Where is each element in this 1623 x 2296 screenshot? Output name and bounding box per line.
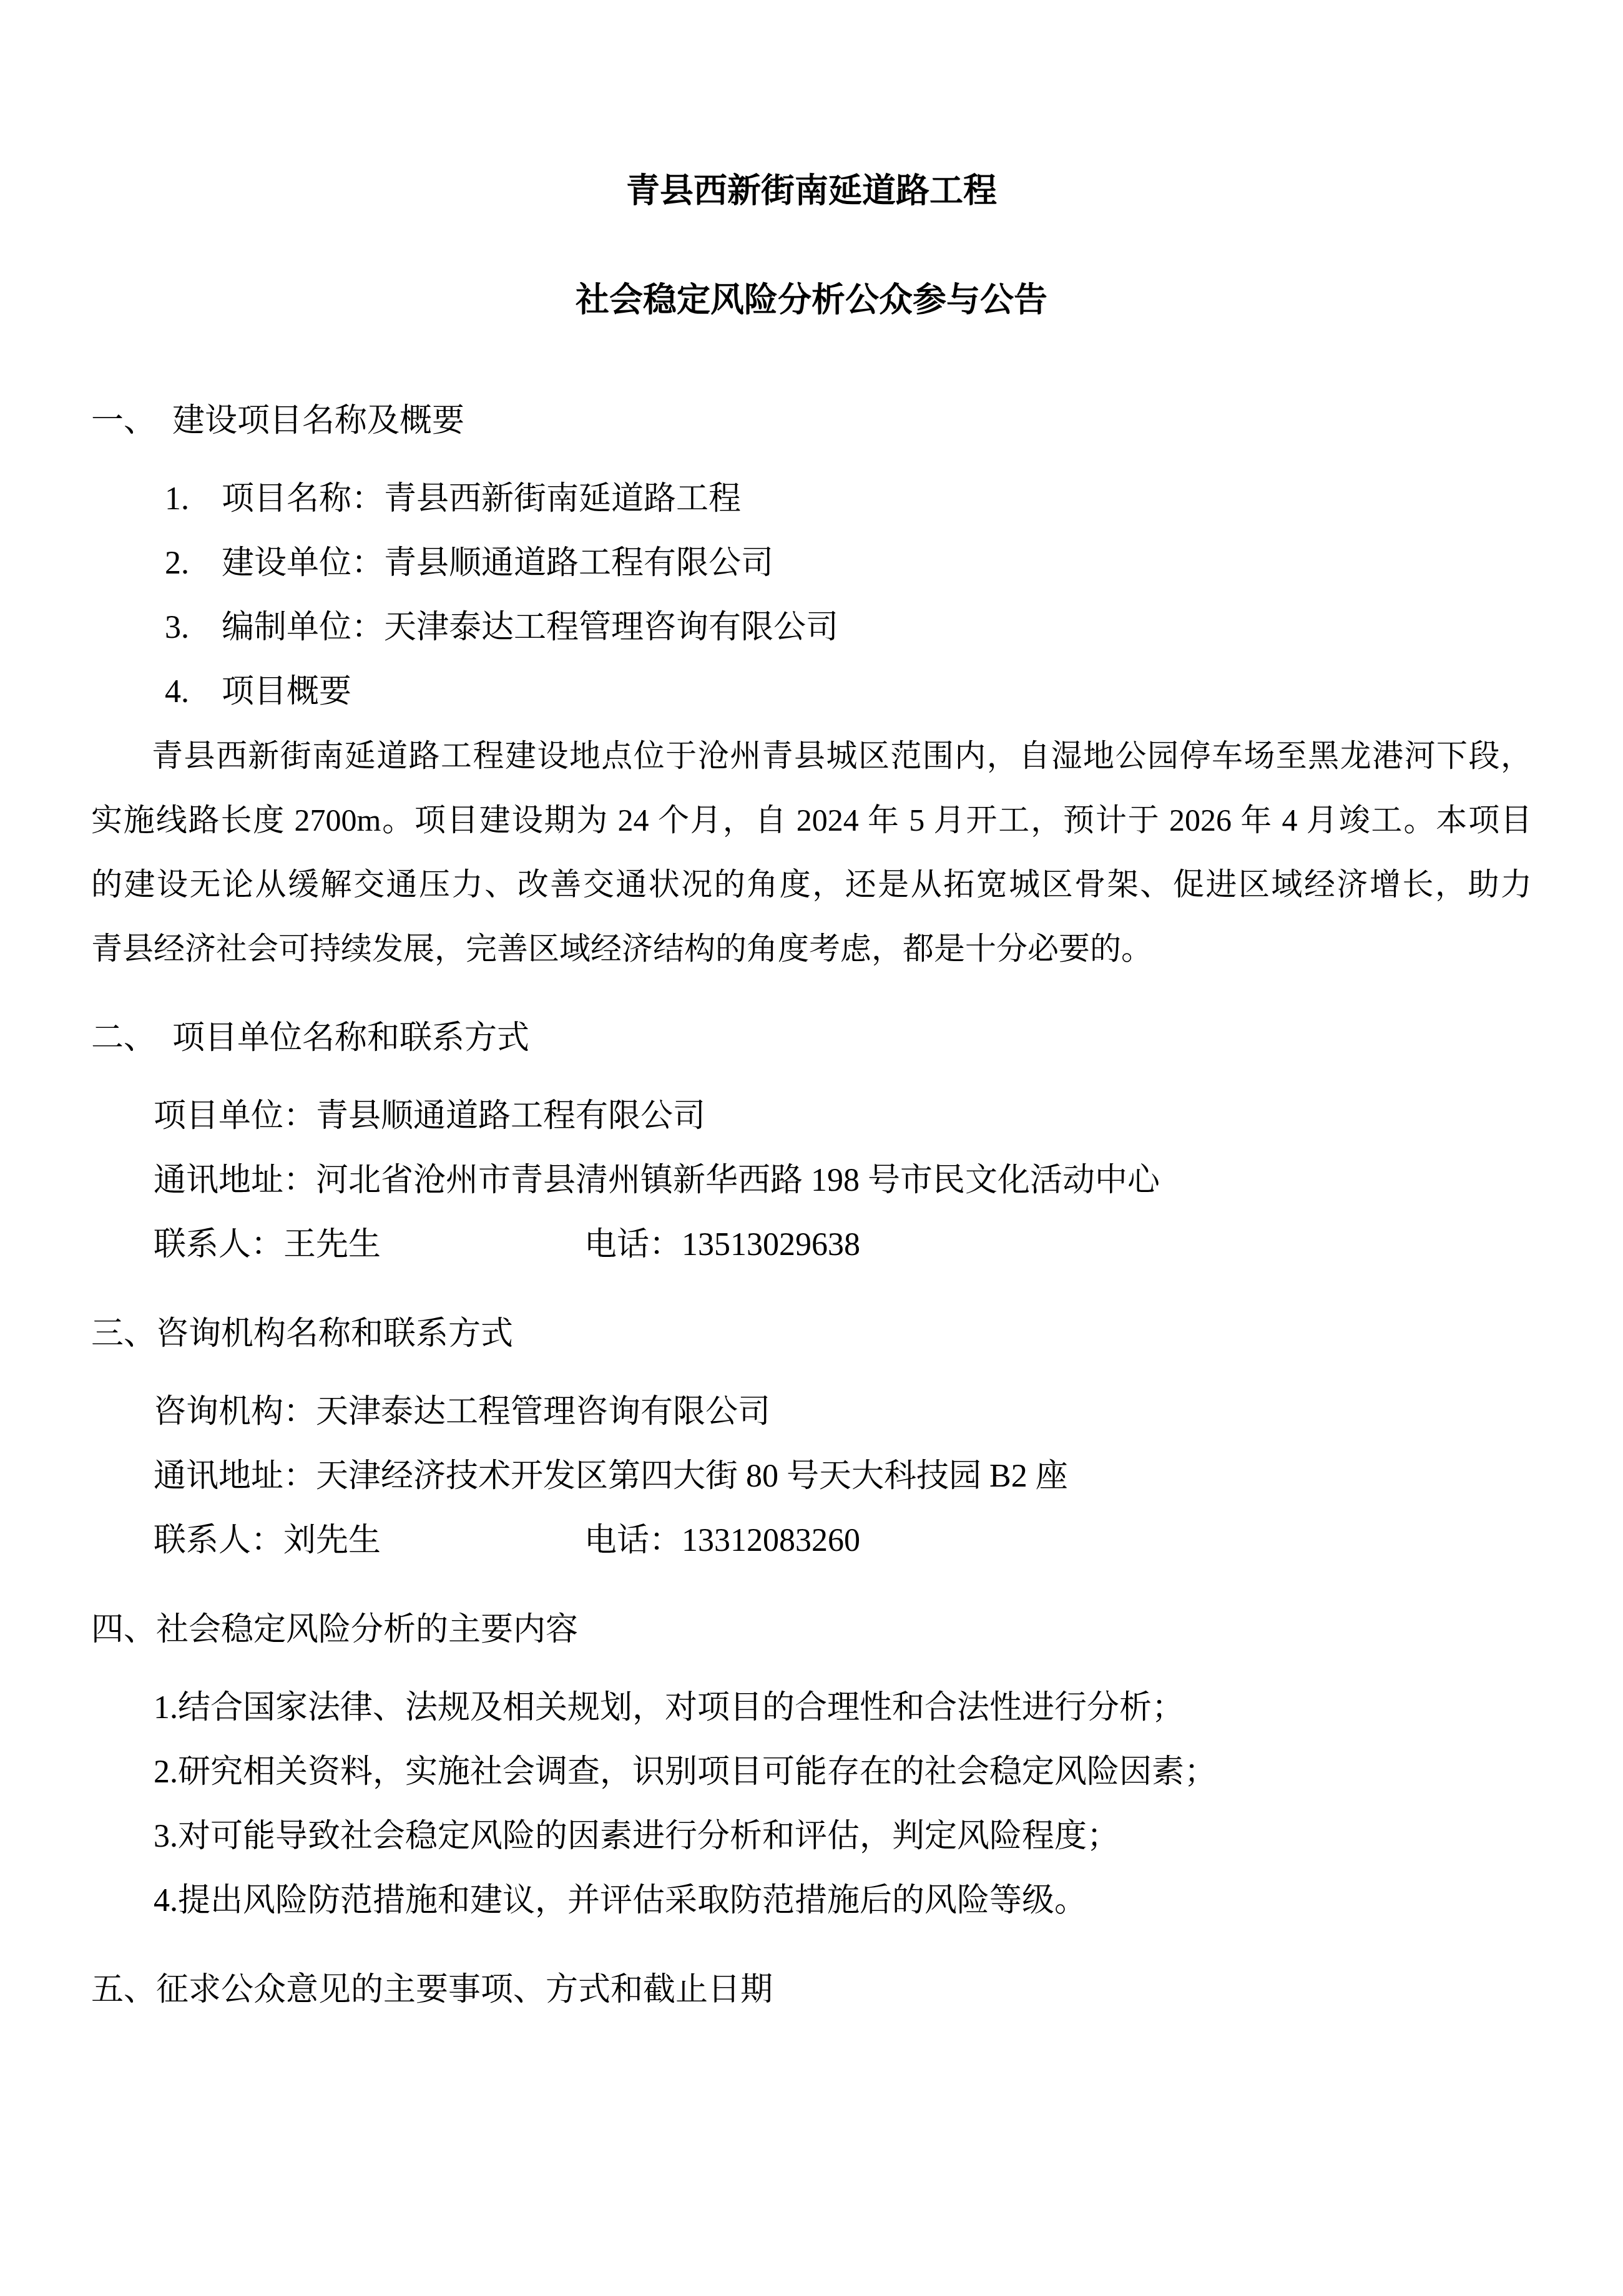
section-4-item-3: 3.对可能导致社会稳定风险的因素进行分析和评估，判定风险程度； — [91, 1804, 1532, 1869]
project-unit-line: 项目单位：青县顺通道路工程有限公司 — [91, 1084, 1532, 1148]
project-unit-contact-person: 联系人：王先生 — [154, 1213, 584, 1277]
section-1-item-project-summary: 4. 项目概要 — [91, 660, 1532, 724]
section-1-item-project-name: 1. 项目名称：青县西新街南延道路工程 — [91, 467, 1532, 531]
section-4-heading: 四、社会稳定风险分析的主要内容 — [91, 1598, 1532, 1662]
overview-paragraph-line-2: 实施线路长度 2700m。项目建设期为 24 个月，自 2024 年 5 月开工… — [91, 788, 1532, 852]
overview-paragraph-line-3: 的建设无论从缓解交通压力、改善交通状况的角度，还是从拓宽城区骨架、促进区域经济增… — [91, 852, 1532, 917]
section-3-heading: 三、咨询机构名称和联系方式 — [91, 1302, 1532, 1366]
section-4-item-1: 1.结合国家法律、法规及相关规划，对项目的合理性和合法性进行分析； — [91, 1676, 1532, 1740]
section-4-item-4: 4.提出风险防范措施和建议，并评估采取防范措施后的风险等级。 — [91, 1869, 1532, 1933]
section-2-heading: 二、 项目单位名称和联系方式 — [91, 1006, 1532, 1070]
project-unit-address-line: 通讯地址：河北省沧州市青县清州镇新华西路 198 号市民文化活动中心 — [91, 1148, 1532, 1213]
section-1-item-construction-unit: 2. 建设单位：青县顺通道路工程有限公司 — [91, 531, 1532, 595]
overview-paragraph-line-1: 青县西新街南延道路工程建设地点位于沧州青县城区范围内，自湿地公园停车场至黑龙港河… — [91, 724, 1532, 788]
section-4-item-2: 2.研究相关资料，实施社会调查，识别项目可能存在的社会稳定风险因素； — [91, 1740, 1532, 1804]
consulting-org-contact-row: 联系人：刘先生电话：13312083260 — [91, 1508, 1532, 1573]
consulting-org-line: 咨询机构：天津泰达工程管理咨询有限公司 — [91, 1380, 1532, 1444]
document-page: 青县西新街南延道路工程 社会稳定风险分析公众参与公告 一、 建设项目名称及概要 … — [0, 0, 1623, 2296]
project-unit-phone: 电话：13513029638 — [584, 1227, 860, 1263]
consulting-org-contact-person: 联系人：刘先生 — [154, 1508, 584, 1573]
consulting-org-address-line: 通讯地址：天津经济技术开发区第四大街 80 号天大科技园 B2 座 — [91, 1444, 1532, 1508]
section-1-item-compiling-unit: 3. 编制单位：天津泰达工程管理咨询有限公司 — [91, 595, 1532, 660]
section-1-heading: 一、 建设项目名称及概要 — [91, 389, 1532, 453]
doc-title-line1: 青县西新街南延道路工程 — [91, 159, 1532, 223]
section-5-heading: 五、征求公众意见的主要事项、方式和截止日期 — [91, 1958, 1532, 2022]
project-unit-contact-row: 联系人：王先生电话：13513029638 — [91, 1213, 1532, 1277]
overview-paragraph-line-4: 青县经济社会可持续发展，完善区域经济结构的角度考虑，都是十分必要的。 — [91, 917, 1532, 981]
doc-title-line2: 社会稳定风险分析公众参与公告 — [91, 268, 1532, 333]
consulting-org-phone: 电话：13312083260 — [584, 1523, 860, 1558]
